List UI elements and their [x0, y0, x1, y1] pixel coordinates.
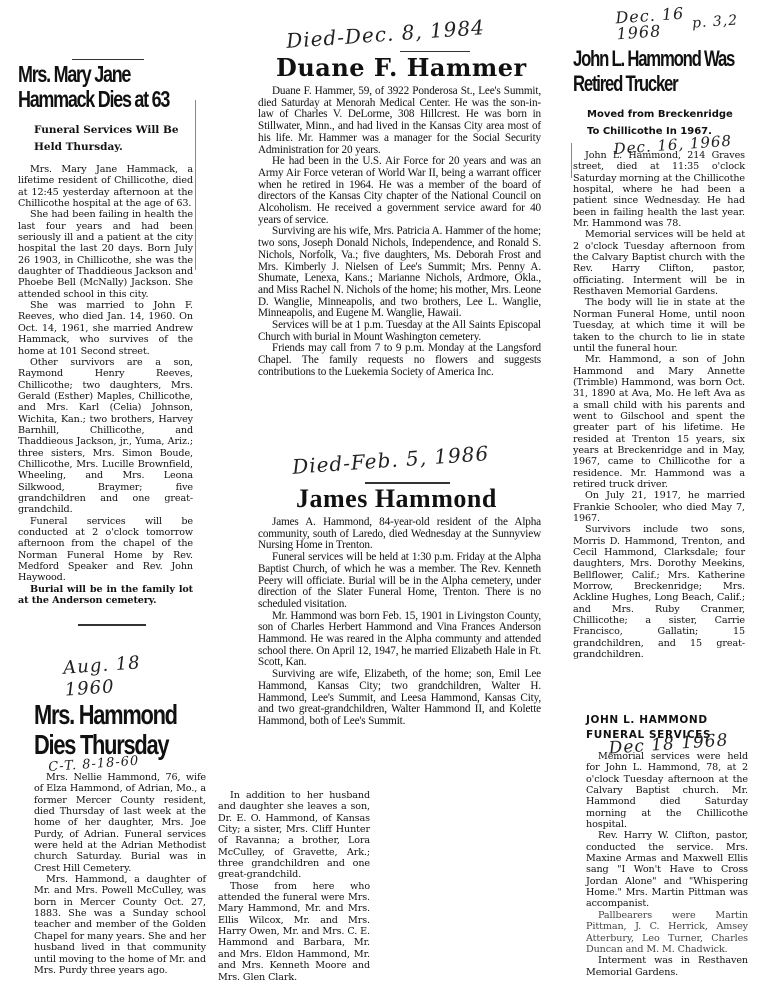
- headline: Mrs. Mary Jane Hammack Dies at 63: [18, 62, 186, 112]
- paragraph: Funeral services will be held at 1:30 p.…: [258, 552, 541, 611]
- paragraph: Burial will be in the family lot at the …: [18, 584, 193, 607]
- subhead: Funeral Services Will Be Held Thursday.: [34, 122, 184, 156]
- clipping-duane-hammer: Duane F. Hammer Duane F. Hammer, 59, of …: [258, 54, 541, 379]
- headline: Duane F. Hammer: [276, 54, 541, 82]
- article-body: John L. Hammond, 214 Graves street, died…: [573, 150, 745, 660]
- paragraph: He had been in the U.S. Air Force for 20…: [258, 156, 541, 226]
- paragraph: James A. Hammond, 84-year-old resident o…: [258, 517, 541, 552]
- clipping-hammack: Mrs. Mary Jane Hammack Dies at 63 Funera…: [18, 62, 193, 606]
- paragraph: On July 21, 1917, he married Frankie Sch…: [573, 490, 745, 524]
- clipping-john-hammond-funeral: JOHN L. HAMMOND FUNERAL SERVICES Dec 18 …: [586, 713, 748, 978]
- paragraph: Services will be at 1 p.m. Tuesday at th…: [258, 320, 541, 343]
- divider: [72, 59, 144, 60]
- clipping-nellie-hammond-col2: In addition to her husband and daughter …: [218, 790, 370, 983]
- paragraph: Mrs. Mary Jane Hammack, a lifetime resid…: [18, 164, 193, 209]
- paragraph: Mr. Hammond, a son of John Hammond and M…: [573, 354, 745, 490]
- article-body: Mrs. Nellie Hammond, 76, wife of Elza Ha…: [34, 772, 206, 976]
- paragraph: In addition to her husband and daughter …: [218, 790, 370, 881]
- handwritten-date: Died-Feb. 5, 1986: [291, 441, 490, 479]
- paragraph: Mr. Hammond was born Feb. 15, 1901 in Li…: [258, 611, 541, 670]
- clipping-john-hammond: John L. Hammond Was Retired Trucker Move…: [573, 46, 745, 660]
- paragraph: Friends may call from 7 to 9 p.m. Monday…: [258, 343, 541, 378]
- article-body: Memorial services were held for John L. …: [586, 751, 748, 978]
- paragraph: Survivors include two sons, Morris D. Ha…: [573, 524, 745, 660]
- paragraph: She had been failing in health the last …: [18, 209, 193, 300]
- clip-edge: [195, 100, 196, 270]
- paragraph: Surviving are wife, Elizabeth, of the ho…: [258, 669, 541, 728]
- handwritten-page-note: p. 3,2: [691, 12, 738, 31]
- paragraph: Duane F. Hammer, 59, of 3922 Ponderosa S…: [258, 86, 541, 156]
- paragraph: She was married to John F. Reeves, who d…: [18, 300, 193, 357]
- paragraph: Funeral services will be conducted at 2 …: [18, 516, 193, 584]
- paragraph: Surviving are his wife, Mrs. Patricia A.…: [258, 226, 541, 320]
- handwritten-date: Dec. 16 1968: [615, 6, 686, 43]
- clip-edge: [571, 143, 572, 178]
- paragraph: Interment was in Resthaven Memorial Gard…: [586, 955, 748, 978]
- paragraph: Memorial services will be held at 2 o'cl…: [573, 229, 745, 297]
- paragraph: Pallbearers were Martin Pittman, J. C. H…: [586, 910, 748, 955]
- divider: [400, 51, 470, 52]
- article-body: Duane F. Hammer, 59, of 3922 Ponderosa S…: [258, 86, 541, 379]
- paragraph: Other survivors are a son, Raymond Henry…: [18, 357, 193, 516]
- headline: James Hammond: [296, 484, 541, 514]
- paragraph: Mrs. Hammond, a daughter of Mr. and Mrs.…: [34, 874, 206, 976]
- paragraph: Mrs. Nellie Hammond, 76, wife of Elza Ha…: [34, 772, 206, 874]
- handwritten-date: Died-Dec. 8, 1984: [285, 15, 485, 53]
- paragraph: Memorial services were held for John L. …: [586, 751, 748, 830]
- headline: John L. Hammond Was Retired Trucker: [573, 46, 736, 96]
- clipping-nellie-hammond: Mrs. Hammond Dies Thursday C-T. 8-18-60 …: [34, 700, 206, 976]
- paragraph: John L. Hammond, 214 Graves street, died…: [573, 150, 745, 229]
- paragraph: Rev. Harry W. Clifton, pastor, conducted…: [586, 830, 748, 909]
- divider: [78, 624, 146, 626]
- headline: Mrs. Hammond Dies Thursday: [34, 700, 182, 760]
- article-body: Mrs. Mary Jane Hammack, a lifetime resid…: [18, 164, 193, 606]
- clipping-james-hammond: James Hammond James A. Hammond, 84-year-…: [258, 484, 541, 728]
- handwritten-date: Aug. 18 1960: [63, 652, 143, 701]
- paragraph: The body will lie in state at the Norman…: [573, 297, 745, 354]
- paragraph: Those from here who attended the funeral…: [218, 881, 370, 983]
- article-body: James A. Hammond, 84-year-old resident o…: [258, 517, 541, 728]
